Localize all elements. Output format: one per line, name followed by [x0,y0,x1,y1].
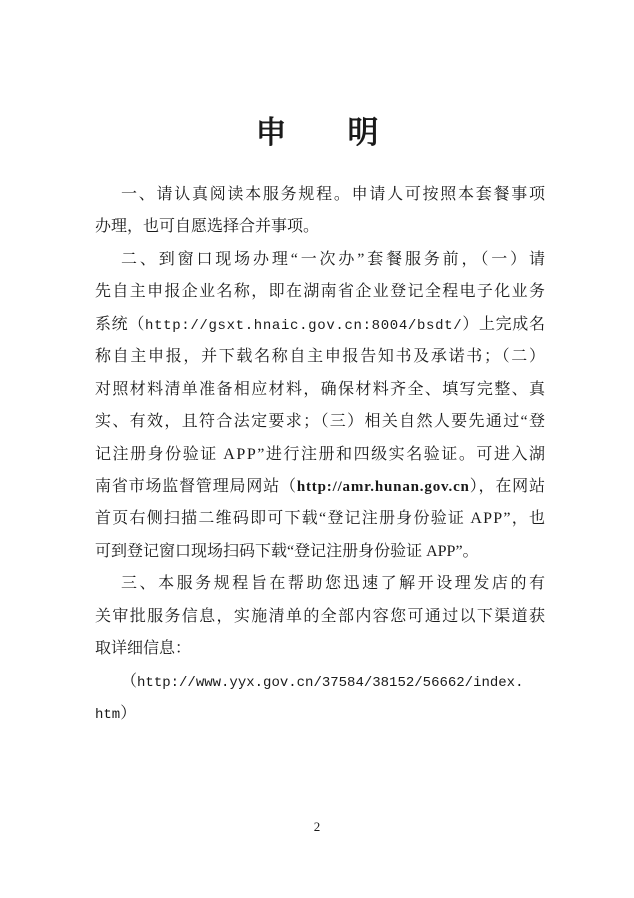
text-segment: 取详细信息： [95,640,191,657]
text-line-content: 取详细信息： [95,640,191,657]
text-line: 对照材料清单准备相应材料，确保材料齐全、填写完整、真 [95,374,545,406]
text-line-content: 可到登记窗口现场扫码下载“登记注册身份验证 APP”。 [95,543,479,560]
text-segment: 对照材料清单准备相应材料，确保材料齐全、填写完整、真 [95,381,546,398]
text-segment: 可到登记窗口现场扫码下载“登记注册身份验证 APP”。 [95,543,479,560]
text-segment: 办理，也可自愿选择合并事项。 [95,218,319,235]
text-segment: ）上完成名 [462,316,545,333]
text-segment: 记注册身份验证 APP”进行注册和四级实名验证。可进入湖 [95,446,547,463]
text-segment: ），在网站 [470,478,546,495]
text-line: 办理，也可自愿选择合并事项。 [95,211,545,243]
text-line-content: 首页右侧扫描二维码即可下载“登记注册身份验证 APP”，也 [95,510,546,527]
text-line: 系统（http://gsxt.hnaic.gov.cn:8004/bsdt/）上… [95,309,545,341]
text-line: 南省市场监督管理局网站（http://amr.hunan.gov.cn），在网站 [95,471,545,503]
page-number: 2 [0,819,634,835]
text-line-content: 实、有效，且符合法定要求；（三）相关自然人要先通过“登 [95,413,546,430]
text-line-content: htm） [95,705,136,722]
text-line: 先自主申报企业名称，即在湖南省企业登记全程电子化业务 [95,276,545,308]
text-line: 首页右侧扫描二维码即可下载“登记注册身份验证 APP”，也 [95,503,545,535]
text-line-content: 记注册身份验证 APP”进行注册和四级实名验证。可进入湖 [95,446,547,463]
text-line: 实、有效，且符合法定要求；（三）相关自然人要先通过“登 [95,406,545,438]
text-segment: 三、本服务规程旨在帮助您迅速了解开设理发店的有 [121,575,548,592]
text-line: 记注册身份验证 APP”进行注册和四级实名验证。可进入湖 [95,439,545,471]
text-segment: 关审批服务信息，实施清单的全部内容您可通过以下渠道获 [95,608,546,625]
text-line-content: 系统（http://gsxt.hnaic.gov.cn:8004/bsdt/）上… [95,316,546,333]
url-text: http://www.yyx.gov.cn/37584/38152/56662/… [137,675,523,691]
document-title: 申 明 [0,107,634,152]
text-line-content: 先自主申报企业名称，即在湖南省企业登记全程电子化业务 [95,283,546,300]
text-line: htm） [95,698,545,730]
document-page: 申 明 一、请认真阅读本服务规程。申请人可按照本套餐事项办理，也可自愿选择合并事… [0,0,634,898]
url-text: http://gsxt.hnaic.gov.cn:8004/bsdt/ [145,318,462,334]
url-text: http://amr.hunan.gov.cn [297,479,470,495]
text-segment: 先自主申报企业名称，即在湖南省企业登记全程电子化业务 [95,283,546,300]
text-segment: 系统（ [95,316,145,333]
text-segment: 一、请认真阅读本服务规程。申请人可按照本套餐事项 [121,186,547,203]
text-line-content: 对照材料清单准备相应材料，确保材料齐全、填写完整、真 [95,381,546,398]
text-line-content: 关审批服务信息，实施清单的全部内容您可通过以下渠道获 [95,608,546,625]
text-line: 可到登记窗口现场扫码下载“登记注册身份验证 APP”。 [95,536,545,568]
text-segment: 二、到窗口现场办理“一次办”套餐服务前，（一）请 [121,251,548,268]
url-text: htm [95,707,120,723]
text-line: 关审批服务信息，实施清单的全部内容您可通过以下渠道获 [95,601,545,633]
text-line-content: 办理，也可自愿选择合并事项。 [95,218,319,235]
text-line-content: 三、本服务规程旨在帮助您迅速了解开设理发店的有 [121,575,548,592]
text-line-content: 称自主申报，并下载名称自主申报告知书及承诺书；（二） [95,348,547,365]
text-line: 二、到窗口现场办理“一次办”套餐服务前，（一）请 [95,244,545,276]
text-segment: 南省市场监督管理局网站（ [95,478,297,495]
text-line-content: 二、到窗口现场办理“一次办”套餐服务前，（一）请 [121,251,548,268]
document-body: 一、请认真阅读本服务规程。申请人可按照本套餐事项办理，也可自愿选择合并事项。二、… [95,179,545,730]
text-line-content: 南省市场监督管理局网站（http://amr.hunan.gov.cn），在网站 [95,478,546,495]
text-segment: ） [120,705,136,722]
text-line-content: 一、请认真阅读本服务规程。申请人可按照本套餐事项 [121,186,547,203]
text-line: （http://www.yyx.gov.cn/37584/38152/56662… [95,666,545,698]
text-segment: 实、有效，且符合法定要求；（三）相关自然人要先通过“登 [95,413,546,430]
text-line-content: （http://www.yyx.gov.cn/37584/38152/56662… [121,673,523,690]
text-line: 取详细信息： [95,633,545,665]
text-line: 三、本服务规程旨在帮助您迅速了解开设理发店的有 [95,568,545,600]
text-segment: （ [121,673,137,690]
text-segment: 称自主申报，并下载名称自主申报告知书及承诺书；（二） [95,348,547,365]
text-line: 称自主申报，并下载名称自主申报告知书及承诺书；（二） [95,341,545,373]
text-segment: 首页右侧扫描二维码即可下载“登记注册身份验证 APP”，也 [95,510,546,527]
text-line: 一、请认真阅读本服务规程。申请人可按照本套餐事项 [95,179,545,211]
